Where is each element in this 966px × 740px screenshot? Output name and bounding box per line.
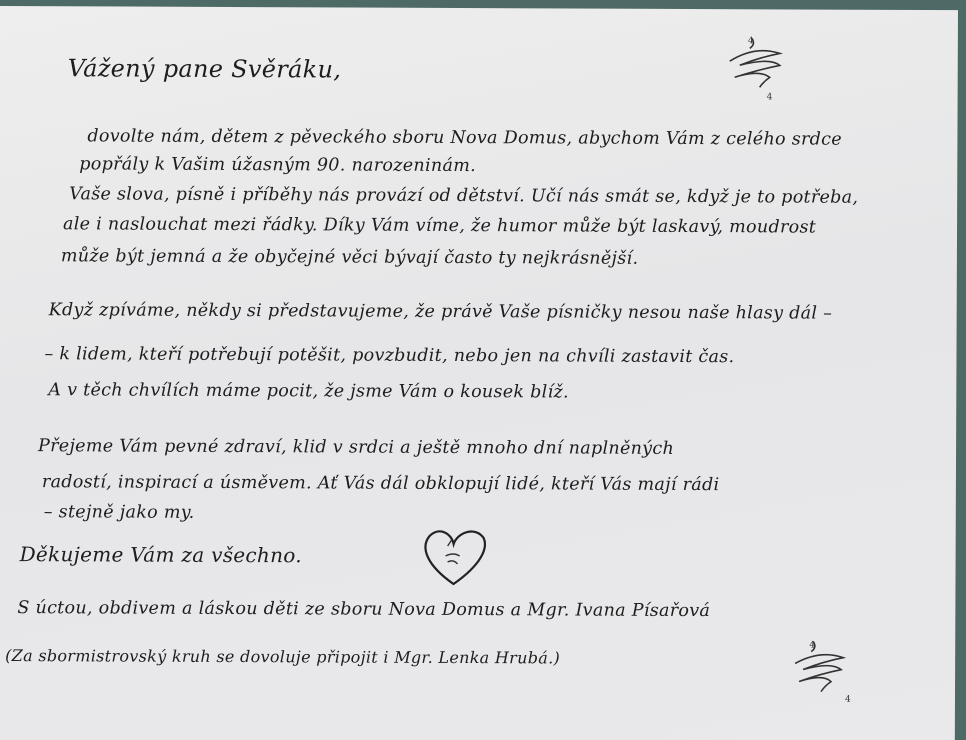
- closing-signature: S úctou, obdivem a láskou děti ze sboru …: [17, 598, 710, 621]
- svg-text:4: 4: [845, 695, 851, 705]
- postscript: (Za sbormistrovský kruh se dovoluje přip…: [5, 646, 560, 667]
- thanks-line: Děkujeme Vám za všechno.: [20, 542, 302, 567]
- svg-text:4: 4: [767, 92, 773, 102]
- paragraph-2-line-3: může být jemná a že obyčejné věci bývají…: [61, 246, 639, 269]
- paragraph-2-line-1: Vaše slova, písně i příběhy nás provází …: [69, 184, 858, 207]
- flourish-bottom-right-icon: 4 4: [787, 637, 857, 707]
- paragraph-1-line-2: popřály k Vašim úžasným 90. narozeninám.: [79, 154, 476, 176]
- paragraph-3-line-1: Když zpíváme, někdy si představujeme, že…: [49, 300, 833, 323]
- letter-paper: Vážený pane Svěráku, 4 4 dovolte nám, dě…: [0, 6, 958, 740]
- svg-text:4: 4: [748, 36, 754, 46]
- salutation: Vážený pane Svěráku,: [68, 54, 342, 83]
- heart-doodle-icon: [417, 526, 489, 588]
- paragraph-2-line-2: ale i naslouchat mezi řádky. Díky Vám ví…: [63, 214, 816, 237]
- paragraph-4-line-1: Přejeme Vám pevné zdraví, klid v srdci a…: [38, 436, 674, 459]
- paragraph-4-line-2: radostí, inspirací a úsměvem. Ať Vás dál…: [42, 472, 720, 495]
- paragraph-3-line-2: – k lidem, kteří potřebují potěšit, povz…: [44, 344, 734, 367]
- paragraph-4-line-3: – stejně jako my.: [44, 502, 195, 523]
- paragraph-1-line-1: dovolte nám, dětem z pěveckého sboru Nov…: [87, 126, 842, 149]
- svg-text:4: 4: [809, 641, 815, 651]
- paragraph-3-line-3: A v těch chvílích máme pocit, že jsme Vá…: [48, 380, 569, 402]
- flourish-top-right-icon: 4 4: [722, 33, 792, 103]
